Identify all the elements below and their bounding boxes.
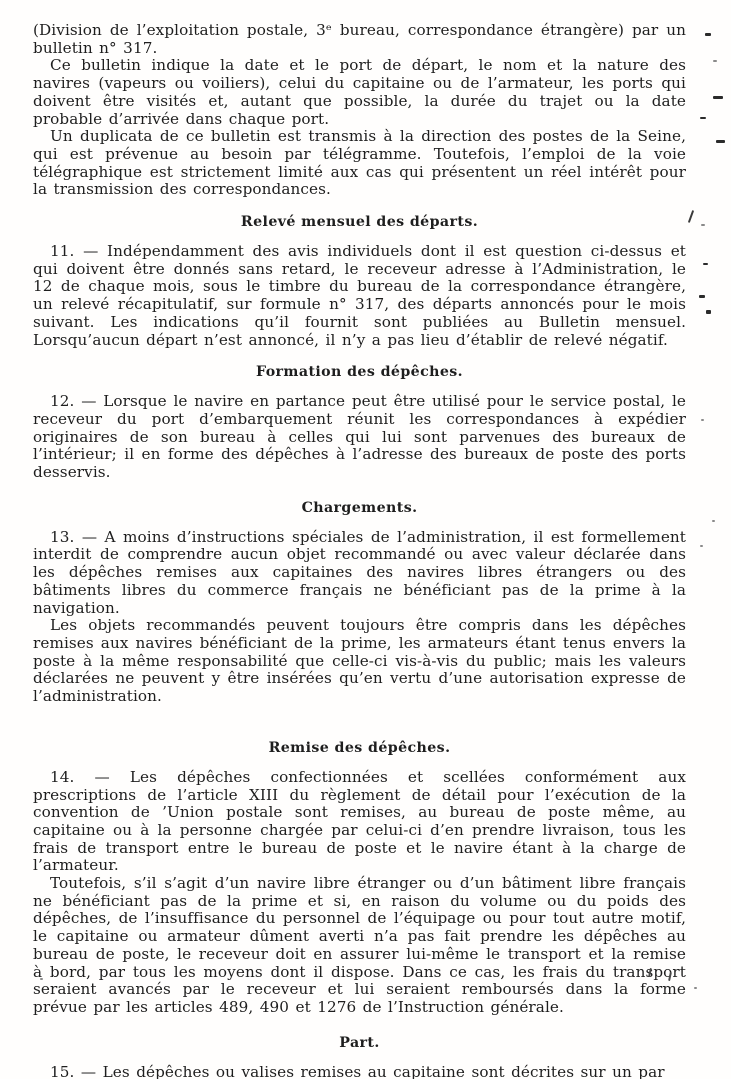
ink-speck: [699, 295, 705, 298]
ink-speck: [701, 419, 704, 421]
ink-speck: [694, 987, 697, 989]
ink-speck: [712, 520, 715, 522]
paragraph: 14. — Les dépêches confectionnées et sce…: [33, 769, 686, 875]
section-heading: Chargements.: [33, 500, 686, 516]
paragraph: Toutefois, s’il s’agit d’un navire libre…: [33, 875, 686, 1017]
ink-speck: [700, 545, 703, 547]
ink-speck: [705, 33, 711, 36]
ink-speck: [700, 117, 706, 119]
paragraph: 15. — Les dépêches ou valises remises au…: [33, 1064, 686, 1079]
ink-speck: [701, 224, 705, 226]
section-heading: Formation des dépêches.: [33, 364, 686, 380]
ink-speck: [713, 60, 717, 62]
paragraph: Un duplicata de ce bulletin est transmis…: [33, 128, 686, 199]
section-heading: Part.: [33, 1035, 686, 1051]
paragraph: (Division de l’exploitation postale, 3ᵉ …: [33, 22, 686, 57]
ink-speck: [40, 978, 43, 980]
ink-speck: [706, 310, 711, 314]
paragraph: 13. — A moins d’instructions spéciales d…: [33, 529, 686, 618]
paragraph: 11. — Indépendamment des avis individuel…: [33, 243, 686, 349]
document-body: (Division de l’exploitation postale, 3ᵉ …: [33, 22, 686, 1079]
ink-speck: [703, 263, 708, 265]
pen-mark: [688, 210, 694, 223]
scanned-document-page: (Division de l’exploitation postale, 3ᵉ …: [0, 0, 731, 1079]
paragraph: 12. — Lorsque le navire en partance peut…: [33, 393, 686, 482]
ink-speck: [713, 96, 723, 99]
section-heading: Relevé mensuel des départs.: [33, 214, 686, 230]
paragraph: Ce bulletin indique la date et le port d…: [33, 57, 686, 128]
paragraph: Les objets recommandés peuvent toujours …: [33, 617, 686, 706]
ink-speck: [716, 140, 725, 143]
section-heading: Remise des dépêches.: [33, 740, 686, 756]
